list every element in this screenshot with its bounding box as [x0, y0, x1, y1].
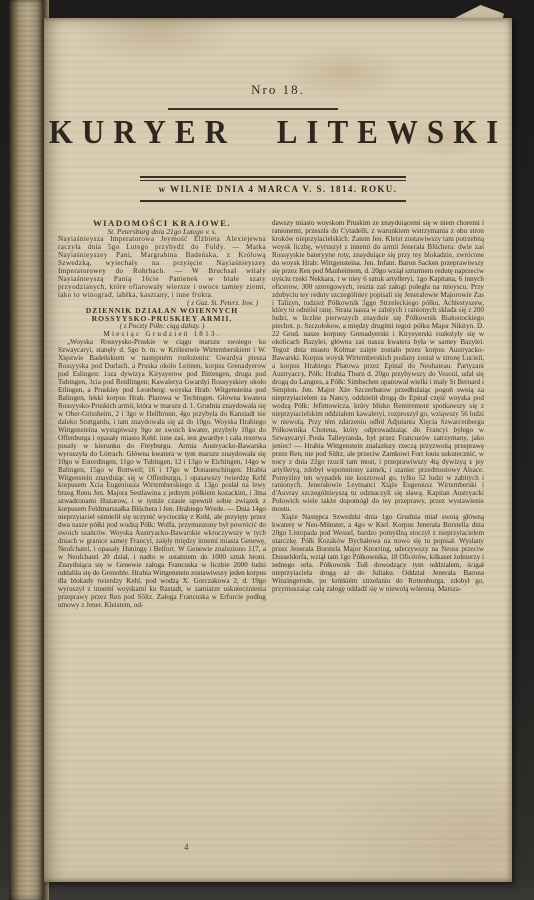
signature-mark: 4 — [184, 842, 189, 852]
rule-above-date-2 — [140, 180, 406, 181]
column-right: dawszy miasto woyskom Pruskim ze znaydui… — [272, 220, 484, 594]
rule-under-issue — [168, 108, 338, 110]
scan-backdrop: { "masthead": { "issue_no": "Nro 18.", "… — [0, 0, 534, 900]
folded-pages-spine — [9, 0, 45, 900]
newspaper-title: KURYER LITEWSKI — [44, 113, 512, 152]
rule-above-date — [140, 176, 406, 178]
newspaper-page: Nro 18. KURYER LITEWSKI w WILNIE DNIA 4 … — [44, 18, 512, 882]
rule-below-date — [140, 200, 406, 202]
paragraph-heading2: DZIENNIK DZIAŁAN WOIENNYCH ROSSYYSKO-PRU… — [58, 307, 266, 323]
paragraph-body: „Woyska Rossyysko-Pruskie w ciągu marszu… — [58, 339, 266, 609]
issue-number: Nro 18. — [44, 82, 512, 98]
paragraph-body: Xiąże Następca Szwedzki dnia 1go Grudnia… — [272, 514, 484, 594]
date-line: w WILNIE DNIA 4 MARCA V. S. 1814. ROKU. — [44, 184, 512, 194]
paragraph-body-cont: dawszy miasto woyskom Pruskim ze znaydui… — [272, 220, 484, 514]
column-left: WIADOMOŚCI KRAJOWE.St. Petersburg dnia 2… — [58, 220, 266, 610]
paragraph-intro: Nayiaśnieysza Imperatorowa Jeymość Elżbi… — [58, 236, 266, 300]
